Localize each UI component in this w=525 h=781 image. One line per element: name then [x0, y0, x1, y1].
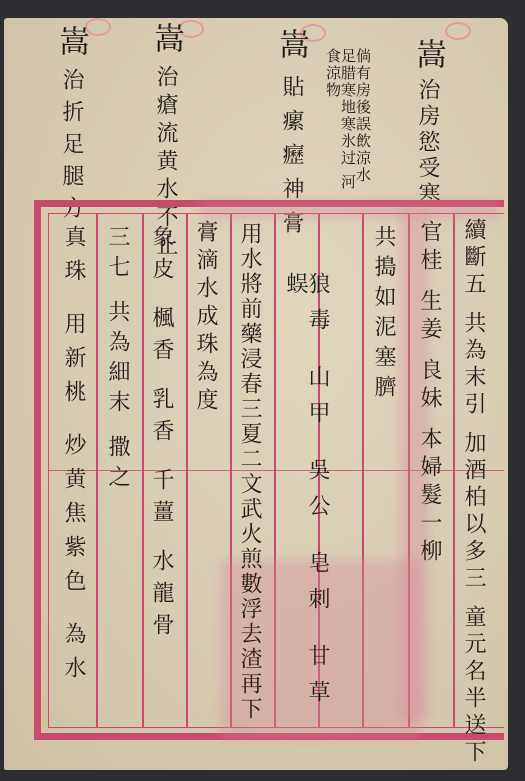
framed-column: 三七 共為細末 撒之 [106, 225, 128, 525]
framed-column: 象皮 楓香 乳香 千薑 水龍骨 [150, 225, 172, 735]
column-rule [96, 214, 98, 728]
heading-mark: 嵩 [150, 22, 181, 57]
framed-column: 用水將前藥浸春三夏二文武火煎數浮去渣再下 [238, 222, 260, 781]
ink-bleed [200, 200, 500, 218]
column-rule [186, 214, 188, 728]
heading-mark: 嵩 [55, 25, 86, 60]
framed-column: 真珠 用新桃 炒黄焦紫色 為水 [62, 225, 84, 735]
red-circle-mark [445, 22, 471, 40]
column-rule [453, 214, 455, 728]
recipe-title: 治房慾受寒 [416, 78, 438, 208]
framed-column: 狼毒 山甲 吳公 皂刺 甘草 蜈 [284, 272, 328, 742]
heading-mark: 嵩 [412, 38, 443, 73]
framed-column: 續斷五 共為末引 加酒柏以多三 童元名半送下 [462, 218, 484, 778]
framed-column: 共搗如泥塞臍 [372, 225, 394, 465]
recipe-note: 倘有房後誤飲涼水 足腊寒地寒氷过 河食涼物 [325, 48, 370, 198]
framed-column: 膏滴水成珠為度 [194, 220, 216, 460]
framed-column: 官桂 生姜 良妹 本婦髮一柳 [418, 220, 440, 730]
heading-mark: 嵩 [275, 28, 306, 63]
column-rule [142, 214, 144, 728]
